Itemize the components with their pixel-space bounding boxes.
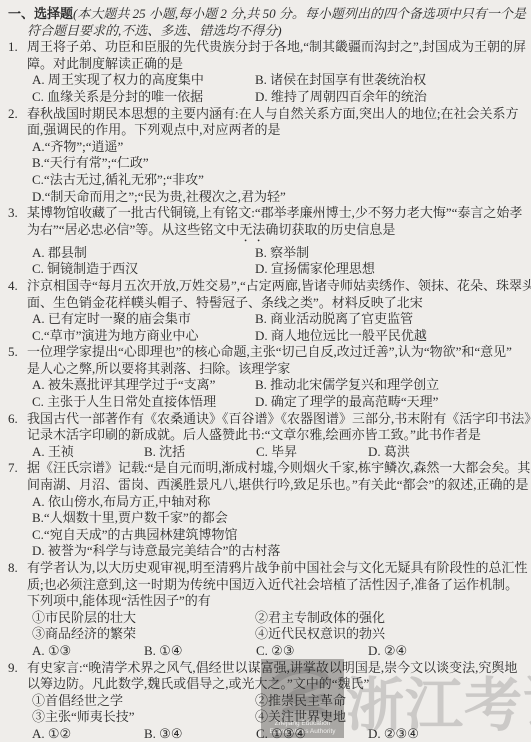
section-header-line-2: 符合题目要求的,不选、多选、错选均不得分) [8,23,527,40]
option-6a: A. 王祯 [32,444,144,461]
question-6: 6.我国古代一部著作有《农桑通诀》《百谷谱》《农器图谱》三部分,书末附有《活字印… [8,411,527,461]
option-7a: A. 依山傍水,布局方正,中轴对称 [8,494,527,511]
question-7-stem: 据《汪氏宗谱》记载:“是自元而明,渐成村墟,今则烟火千家,栋宇鳞次,森然一大都会… [27,460,530,475]
question-4-stem-cont: 面、生色销金花样幞头帽子、特髻冠子、条线之类”。材料反映了北宋 [8,295,527,312]
question-9: 9.有史家言:“晚清学术界之风气,倡经世以谋富强,讲掌故以明国是,崇今文以谈变法… [8,660,527,742]
question-8-stem-cont-2: 下列项中,能体现“活性因子”的有 [8,593,527,610]
question-9-items-row-1: ①首倡经世之学②推崇民主革命 [8,693,527,710]
option-4c: C.“草市”演进为地方商业中心 [32,328,255,345]
question-8-stem-cont-1: 质;也必须注意到,这一时期为传统中国迈入近代社会培植了活性因子,准备了运作机制。 [8,577,527,594]
option-5c: C. 主张于人生日常处直接体悟理 [32,394,255,411]
item-9-1: ①首倡经世之学 [32,693,255,710]
question-8-stem: 有学者认为,以大历史观审视,明至清鸦片战争前中国社会与文化无疑具有阶段性的总汇性 [27,560,528,575]
question-3-options-row-2: C. 铜镜制造于西汉D. 宣扬儒家伦理思想 [8,261,527,278]
option-9c: C. ①③④ [256,726,368,742]
exam-page: 一、选择题(本大题共 25 小题,每小题 2 分,共 50 分。每小题列出的四个… [0,0,531,742]
question-2-stem: 春秋战国时期民本思想的主要内涵有:在人与自然关系方面,突出人的地位;在社会关系方 [27,106,518,121]
question-9-stem-cont: 以筹边防。凡此数学,魏氏或倡导之,或光大之。”文中的“魏氏” [8,676,527,693]
question-9-options-row: A. ①②B. ③④C. ①③④D. ②③④ [8,726,527,742]
item-8-1: ①市民阶层的壮大 [32,610,255,627]
question-1-options-row-1: A. 周王实现了权力的高度集中B. 诸侯在封国享有世袭统治权 [8,72,527,89]
option-1c: C. 血缘关系是分封的唯一依据 [32,89,255,106]
option-3d: D. 宣扬儒家伦理思想 [255,261,375,276]
option-5b: B. 推动北宋儒学复兴和理学创立 [255,377,439,392]
question-6-stem-cont: 记录木活字印刷的新成就。后人盛赞此书:“文章尔雅,绘画亦皆工致。”此书作者是 [8,427,527,444]
question-8: 8.有学者认为,以大历史观审视,明至清鸦片战争前中国社会与文化无疑具有阶段性的总… [8,560,527,660]
question-3: 3.某博物馆收藏了一批古代铜镜,上有铭文:“郡举孝廉州博士,少不努力老大悔”“泰… [8,205,527,278]
option-5d: D. 确定了理学的最高范畴“天理” [255,394,438,409]
option-4b: B. 商业活动脱离了官吏监管 [255,311,413,326]
option-1b: B. 诸侯在封国享有世袭统治权 [255,72,426,87]
option-8c: C. ②③ [256,643,368,660]
question-4-stem: 汴京相国寺“每月五次开放,万姓交易”,“占定两廊,皆诸寺师姑卖绣作、领抹、花朵、… [27,278,531,293]
question-5-stem: 一位理学家提出“心即理也”的核心命题,主张“切己自反,改过迁善”,认为“物欲”和… [27,344,512,359]
question-2: 2.春秋战国时期民本思想的主要内涵有:在人与自然关系方面,突出人的地位;在社会关… [8,106,527,206]
option-2d: D.“制天命而用之”;“民为贵,社稷次之,君为轻” [8,189,527,206]
item-8-4: ④近代民权意识的勃兴 [255,626,385,641]
question-3-stem-cont: 为右”“居必忠必信”等。从这些铭文中无法确切获取的历史信息是 [8,222,527,245]
item-9-2: ②推崇民主革命 [255,693,346,708]
question-1-stem: 周王将子弟、功臣和臣服的先代贵族分封于各地,“制其畿疆而沟封之”,封国成为王朝的… [27,39,526,54]
option-6d: D. 葛洪 [368,444,410,459]
option-1a: A. 周王实现了权力的高度集中 [32,72,255,89]
option-2a: A.“齐物”;“逍遥” [8,139,527,156]
option-9b: B. ③④ [144,726,256,742]
question-3-number: 3. [8,205,27,222]
question-1-options-row-2: C. 血缘关系是分封的唯一依据D. 维持了周朝四百余年的统治 [8,89,527,106]
question-8-options-row: A. ①③B. ①④C. ②③D. ②④ [8,643,527,660]
question-2-stem-cont: 面,强调民的作用。下列观点中,对应两者的是 [8,122,527,139]
question-9-stem: 有史家言:“晚清学术界之风气,倡经世以谋富强,讲掌故以明国是,崇今文以谈变法,究… [27,660,517,675]
option-9d: D. ②③④ [368,726,419,741]
emphasized-word: 无法 [239,222,265,237]
question-4: 4.汴京相国寺“每月五次开放,万姓交易”,“占定两廊,皆诸寺师姑卖绣作、领抹、花… [8,278,527,344]
question-9-items-row-2: ③主张“师夷长技”④关注世界史地 [8,709,527,726]
option-6b: B. 沈括 [144,444,256,461]
option-8d: D. ②④ [368,643,407,658]
section-title: 一、选择题 [8,6,73,21]
question-6-number: 6. [8,411,27,428]
question-4-options-row-2: C.“草市”演进为地方商业中心D. 商人地位远比一般平民优越 [8,328,527,345]
option-8b: B. ①④ [144,643,256,660]
option-3b: B. 察举制 [255,245,309,260]
question-5-options-row-2: C. 主张于人生日常处直接体悟理D. 确定了理学的最高范畴“天理” [8,394,527,411]
option-4a: A. 已有定时一聚的庙会集市 [32,311,255,328]
question-5-stem-cont: 是人心之弊,所以要将其剥落、扫除。该理学家 [8,361,527,378]
item-8-2: ②君主专制政体的强化 [255,610,385,625]
question-7: 7.据《汪氏宗谱》记载:“是自元而明,渐成村墟,今则烟火千家,栋宇鳞次,森然一大… [8,460,527,560]
option-1d: D. 维持了周朝四百余年的统治 [255,89,427,104]
question-8-number: 8. [8,560,27,577]
question-3-options-row-1: A. 郡县制B. 察举制 [8,245,527,262]
option-5a: A. 被朱熹批评其理学过于“支离” [32,377,255,394]
question-3-stem: 某博物馆收藏了一批古代铜镜,上有铭文:“郡举孝廉州博士,少不努力老大悔”“泰言之… [27,205,522,220]
question-7-number: 7. [8,460,27,477]
option-7b: B.“人烟数十里,贾户数千家”的都会 [8,510,527,527]
question-8-items-row-1: ①市民阶层的壮大②君主专制政体的强化 [8,610,527,627]
question-7-stem-cont: 间南湖、月沼、雷岗、西溪胜景凡八,堪供行吟,致足乐也。”有关此“都会”的叙述,正… [8,477,527,494]
option-2c: C.“法古无过,循礼无邪”;“非攻” [8,172,527,189]
option-8a: A. ①③ [32,643,144,660]
option-4d: D. 商人地位远比一般平民优越 [255,328,427,343]
option-3a: A. 郡县制 [32,245,255,262]
question-2-number: 2. [8,106,27,123]
item-8-3: ③商品经济的繁荣 [32,626,255,643]
option-7d: D. 被誉为“科学与诗意最完美结合”的古村落 [8,543,527,560]
question-4-number: 4. [8,278,27,295]
question-9-number: 9. [8,660,27,677]
question-6-stem: 我国古代一部著作有《农桑通诀》《百谷谱》《农器图谱》三部分,书末附有《活字印书法… [27,411,531,426]
question-5-number: 5. [8,344,27,361]
option-3c: C. 铜镜制造于西汉 [32,261,255,278]
item-9-3: ③主张“师夷长技” [32,709,255,726]
question-5: 5.一位理学家提出“心即理也”的核心命题,主张“切己自反,改过迁善”,认为“物欲… [8,344,527,410]
option-9a: A. ①② [32,726,144,742]
question-1-number: 1. [8,39,27,56]
question-5-options-row-1: A. 被朱熹批评其理学过于“支离”B. 推动北宋儒学复兴和理学创立 [8,377,527,394]
question-1: 1.周王将子弟、功臣和臣服的先代贵族分封于各地,“制其畿疆而沟封之”,封国成为王… [8,39,527,105]
item-9-4: ④关注世界史地 [255,709,346,724]
question-6-options-row: A. 王祯B. 沈括C. 毕昇D. 葛洪 [8,444,527,461]
question-4-options-row-1: A. 已有定时一聚的庙会集市B. 商业活动脱离了官吏监管 [8,311,527,328]
option-6c: C. 毕昇 [256,444,368,461]
question-8-items-row-2: ③商品经济的繁荣④近代民权意识的勃兴 [8,626,527,643]
question-1-stem-cont: 障。对此制度解读正确的是 [8,56,527,73]
option-7c: C.“宛自天成”的古典园林建筑博物馆 [8,527,527,544]
section-rules-part1: (本大题共 25 小题,每小题 2 分,共 50 分。每小题列出的四个备选项中只… [73,6,526,21]
section-header-line-1: 一、选择题(本大题共 25 小题,每小题 2 分,共 50 分。每小题列出的四个… [8,6,527,23]
option-2b: B.“天行有常”;“仁政” [8,155,527,172]
